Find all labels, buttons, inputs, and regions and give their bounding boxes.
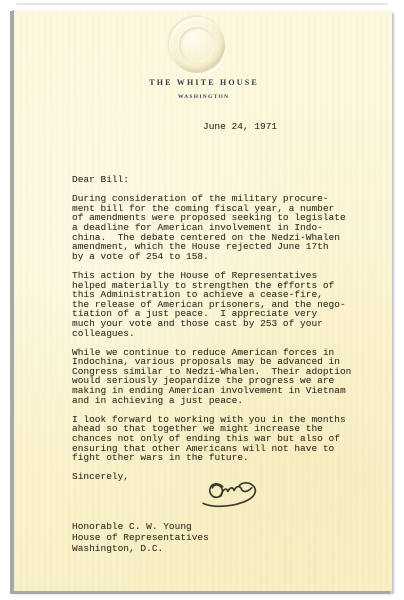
presidential-seal-embossed-icon bbox=[169, 17, 225, 73]
body-paragraph-3: While we continue to reduce American for… bbox=[72, 348, 372, 406]
salutation: Dear Bill: bbox=[72, 175, 372, 185]
letter-body: Dear Bill: During consideration of the m… bbox=[72, 175, 372, 482]
white-house-letter-page: THE WHITE HOUSE WASHINGTON June 24, 1971… bbox=[14, 10, 392, 591]
body-paragraph-1: During consideration of the military pro… bbox=[72, 194, 372, 261]
recipient-address-block: Honorable C. W. Young House of Represent… bbox=[72, 521, 209, 554]
date-line: June 24, 1971 bbox=[203, 121, 277, 132]
scan-artifact-line bbox=[16, 3, 388, 5]
nixon-signature-icon bbox=[200, 474, 260, 512]
body-paragraph-2: This action by the House of Representati… bbox=[72, 271, 372, 338]
scanned-letter-canvas: THE WHITE HOUSE WASHINGTON June 24, 1971… bbox=[0, 0, 404, 600]
body-paragraph-4: I look forward to working with you in th… bbox=[72, 415, 372, 463]
presidential-seal-inner-ring bbox=[179, 27, 215, 63]
letterhead-subtitle: WASHINGTON bbox=[14, 94, 392, 100]
letterhead-title: THE WHITE HOUSE bbox=[14, 78, 392, 87]
